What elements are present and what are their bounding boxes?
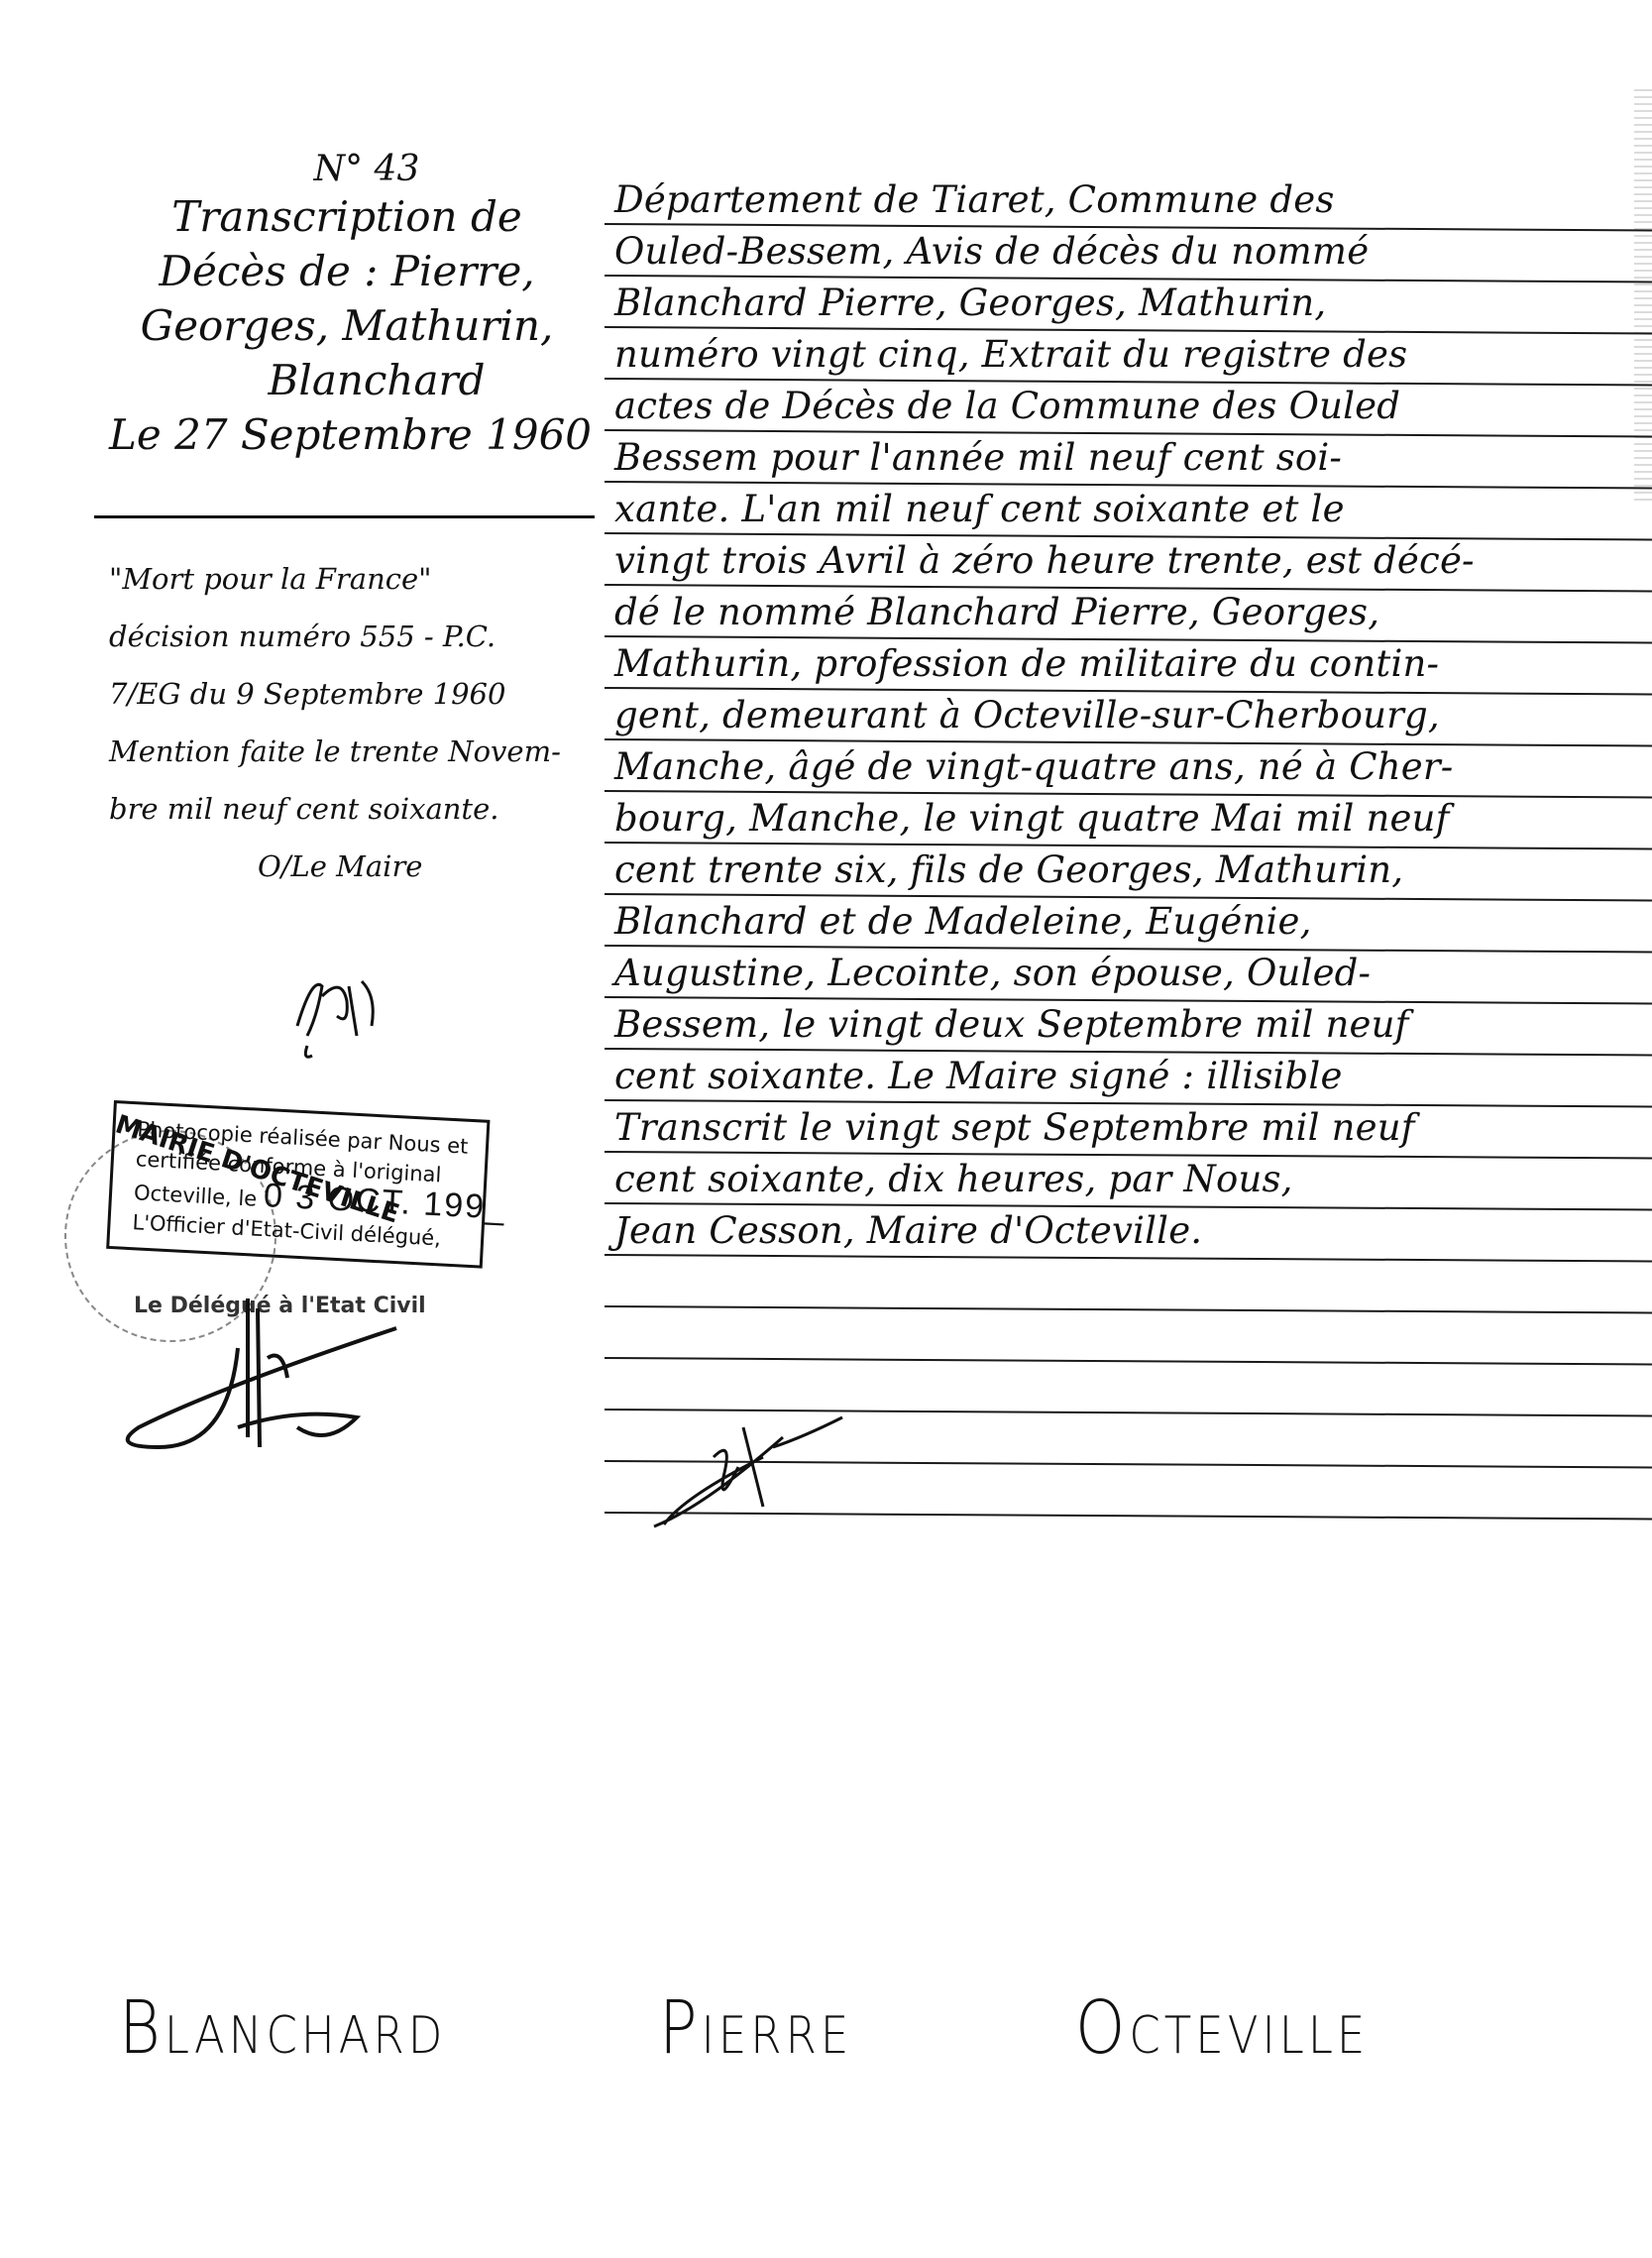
margin-title-line: Transcription de: [109, 189, 585, 244]
register-blank-line: [605, 1256, 1652, 1307]
margin-header: N° 43 Transcription de Décès de : Pierre…: [109, 149, 585, 462]
register-line: Bessem pour l'année mil neuf cent soi-: [605, 431, 1652, 483]
register-line: Transcrit le vingt sept Septembre mil ne…: [605, 1101, 1652, 1153]
register-line: numéro vingt cinq, Extrait du registre d…: [605, 328, 1652, 380]
register-line: Blanchard Pierre, Georges, Mathurin,: [605, 277, 1652, 328]
register-line: actes de Décès de la Commune des Ouled: [605, 380, 1652, 431]
mayor-signature-icon: [287, 957, 406, 1066]
register-line: Département de Tiaret, Commune des: [605, 173, 1652, 225]
margin-title-line: Georges, Mathurin,: [109, 298, 585, 353]
note-line: Mention faite le trente Novem-: [109, 723, 595, 780]
index-first-name: Pierre: [659, 1986, 852, 2071]
entry-number: N° 43: [149, 149, 585, 189]
register-blank-line: [605, 1307, 1652, 1359]
register-line: cent soixante, dix heures, par Nous,: [605, 1153, 1652, 1204]
register-line: Ouled-Bessem, Avis de décès du nommé: [605, 225, 1652, 277]
register-line: gent, demeurant à Octeville-sur-Cherbour…: [605, 689, 1652, 740]
register-line: Manche, âgé de vingt-quatre ans, né à Ch…: [605, 740, 1652, 792]
margin-title-line: Décès de : Pierre,: [109, 244, 585, 298]
register-line: cent trente six, fils de Georges, Mathur…: [605, 844, 1652, 895]
margin-title-date: Le 27 Septembre 1960: [109, 407, 585, 462]
stamp-place: Octeville, le: [134, 1181, 258, 1210]
register-page: N° 43 Transcription de Décès de : Pierre…: [0, 0, 1652, 2258]
register-line: Blanchard et de Madeleine, Eugénie,: [605, 895, 1652, 947]
register-line: bourg, Manche, le vingt quatre Mai mil n…: [605, 792, 1652, 844]
register-line: Mathurin, profession de militaire du con…: [605, 637, 1652, 689]
note-line: décision numéro 555 - P.C.: [109, 608, 595, 665]
note-line: 7/EG du 9 Septembre 1960: [109, 665, 595, 723]
register-line: Augustine, Lecointe, son épouse, Ouled-: [605, 947, 1652, 998]
register-line: Bessem, le vingt deux Septembre mil neuf: [605, 998, 1652, 1050]
margin-title-surname: Blanchard: [109, 353, 585, 407]
register-line: cent soixante. Le Maire signé : illisibl…: [605, 1050, 1652, 1101]
mayor-final-signature-icon: [644, 1398, 872, 1536]
register-line: vingt trois Avril à zéro heure trente, e…: [605, 534, 1652, 586]
margin-divider: [94, 515, 595, 518]
register-line: xante. L'an mil neuf cent soixante et le: [605, 483, 1652, 534]
register-body: Département de Tiaret, Commune des Ouled…: [605, 173, 1652, 1514]
register-line: dé le nommé Blanchard Pierre, Georges,: [605, 586, 1652, 637]
note-line: "Mort pour la France": [109, 550, 595, 608]
register-line: Jean Cesson, Maire d'Octeville.: [605, 1204, 1652, 1256]
marginal-note: "Mort pour la France" décision numéro 55…: [109, 550, 595, 895]
index-commune: Octeville: [1075, 1986, 1369, 2071]
certification-stamp: Photocopie réalisée par Nous et certifié…: [106, 1100, 490, 1269]
officer-signature-icon: [99, 1289, 426, 1477]
note-line: bre mil neuf cent soixante.: [109, 780, 595, 838]
index-surname: Blanchard: [119, 1986, 446, 2071]
note-signatory: O/Le Maire: [109, 838, 595, 895]
